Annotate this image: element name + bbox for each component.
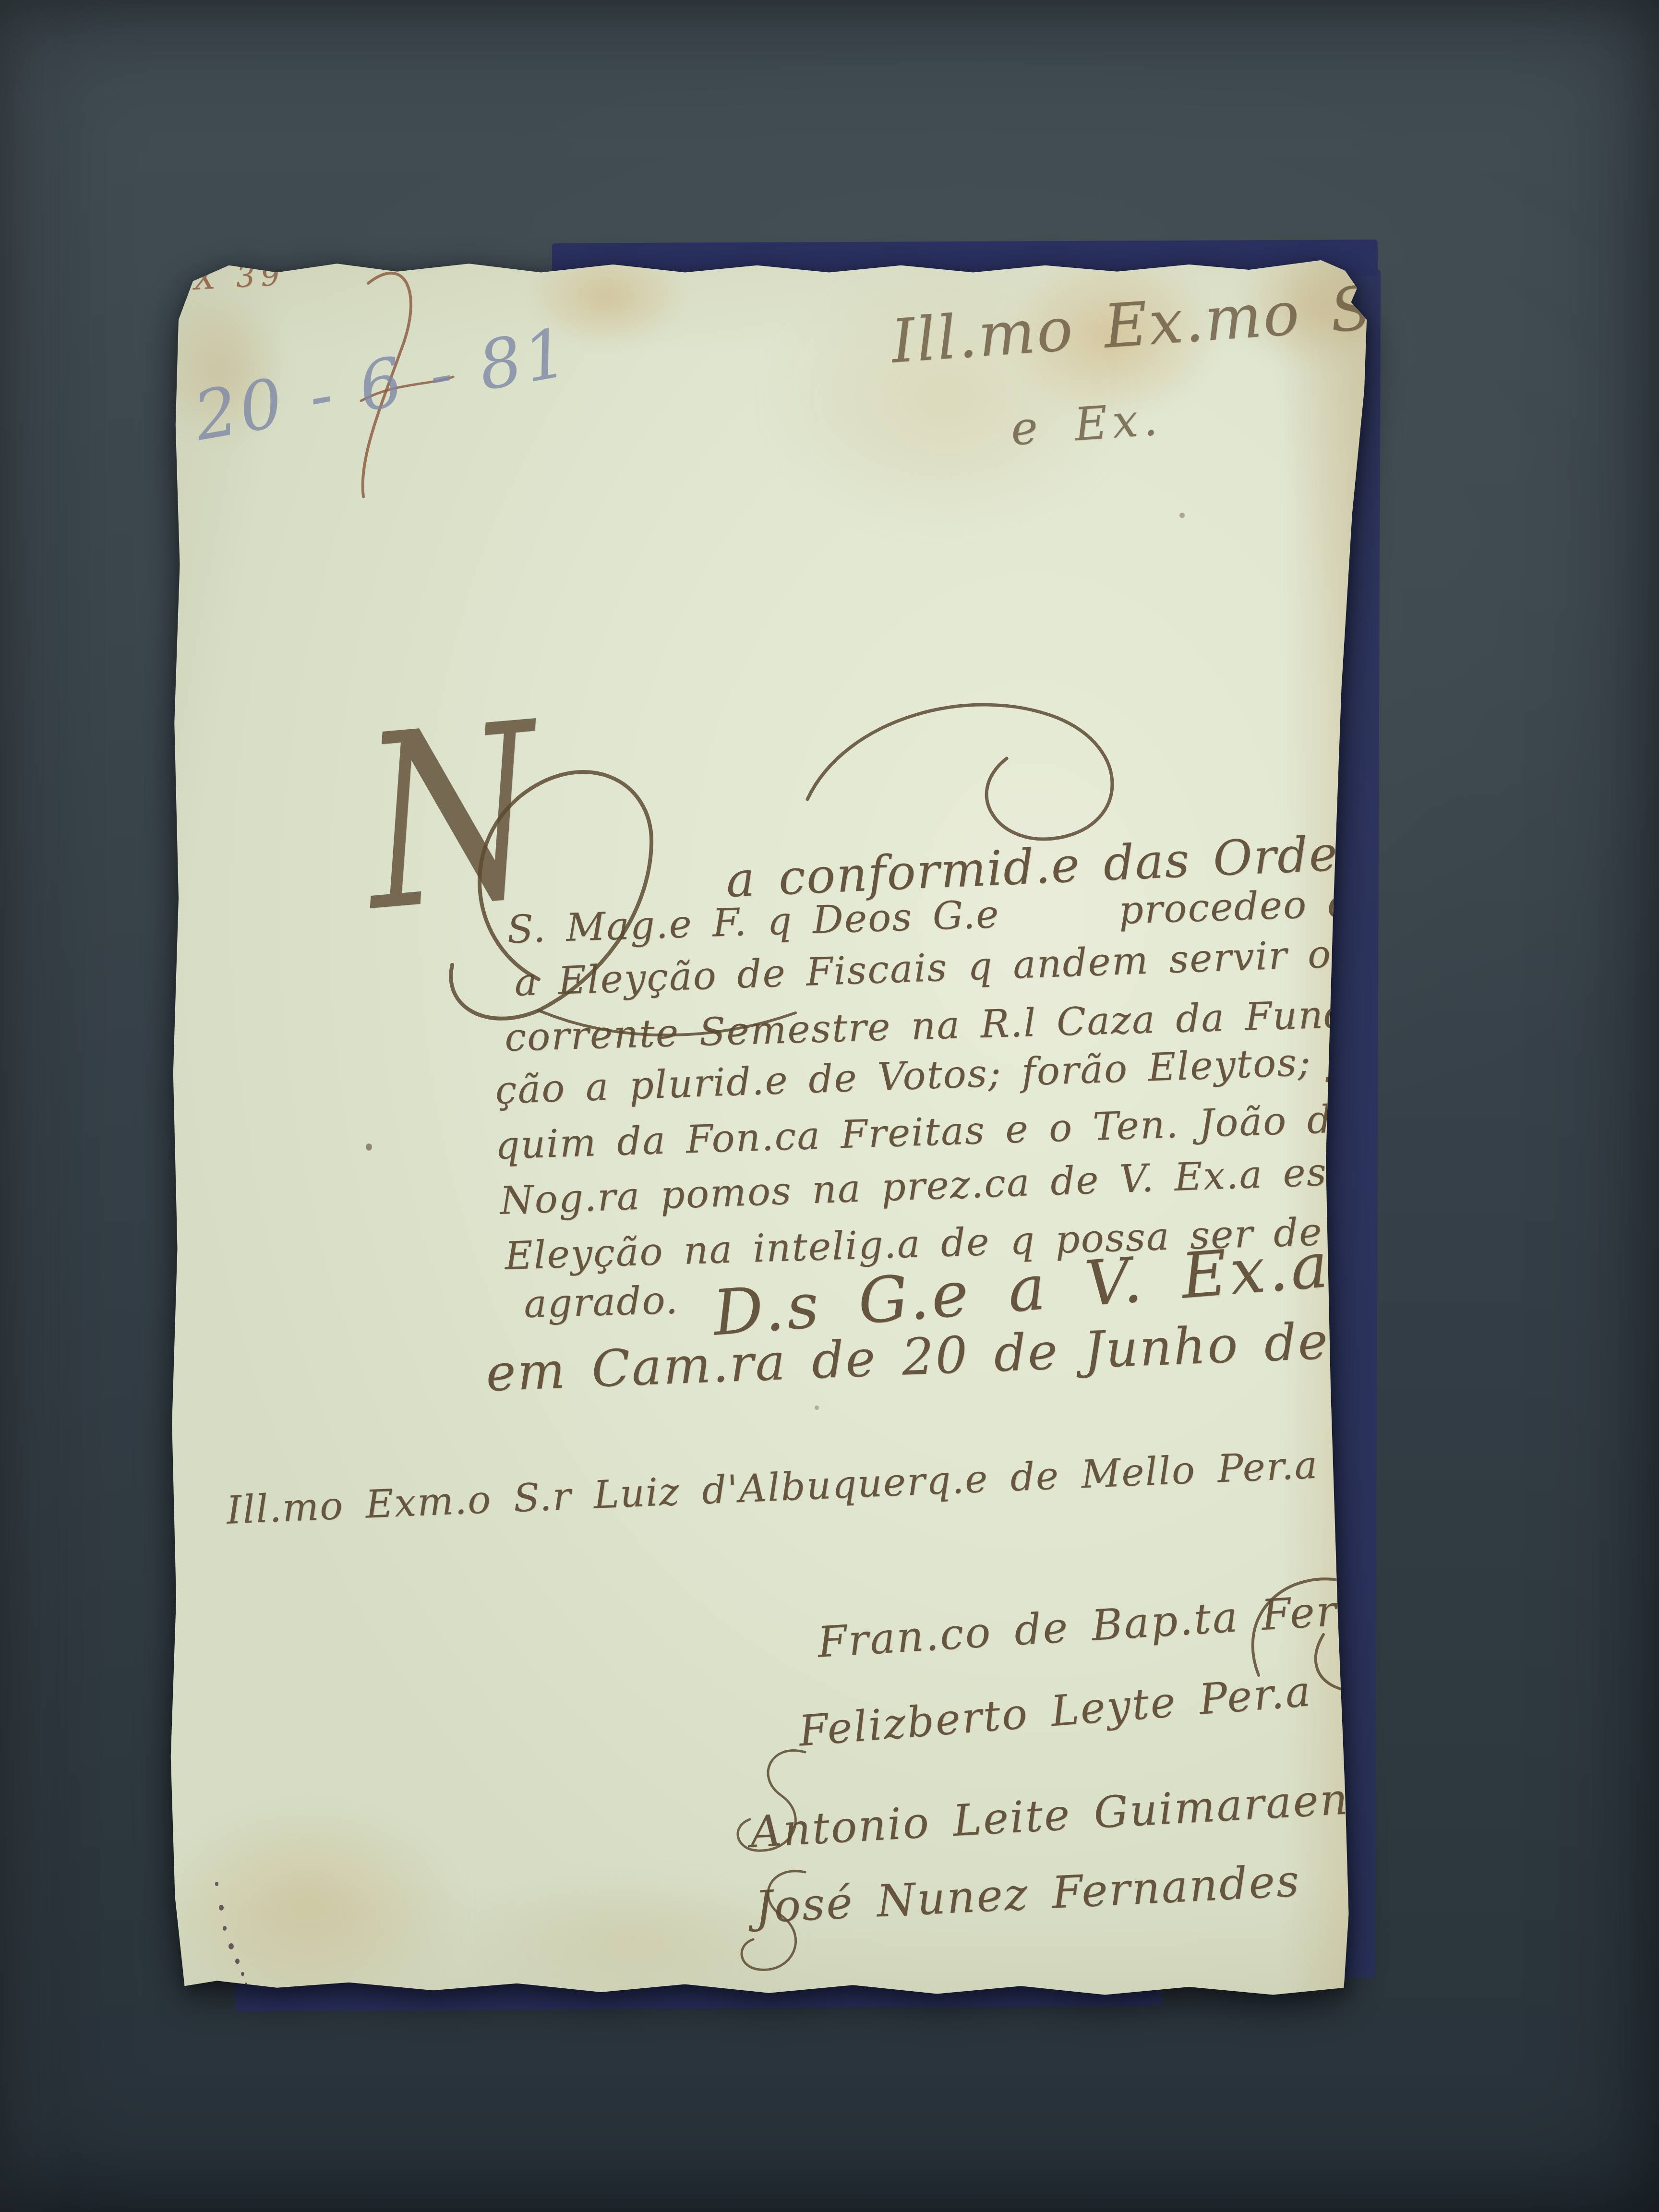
photograph-of-manuscript: { "annotations": { "reference_mark": "X … <box>0 0 1659 2212</box>
photo-vignette <box>0 0 1659 2212</box>
